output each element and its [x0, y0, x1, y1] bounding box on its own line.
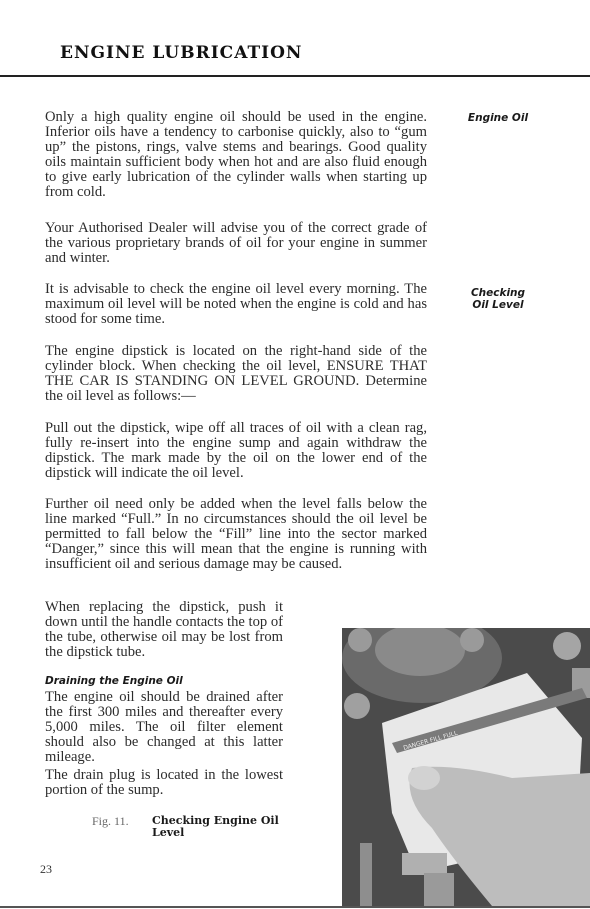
side-heading-line: Checking [443, 287, 553, 299]
dipstick-photo-illustration: DANGER FILL FULL [342, 628, 590, 906]
side-heading-line: Oil Level [443, 299, 553, 311]
paragraph-engine-oil-quality: Only a high quality engine oil should be… [45, 110, 427, 200]
paragraph-draining: The engine oil should be drained after t… [45, 690, 283, 765]
figure-title: Checking Engine Oil Level [152, 815, 292, 839]
side-heading-engine-oil: Engine Oil [443, 112, 553, 124]
paragraph-check-daily: It is advisable to check the engine oil … [45, 282, 427, 327]
draining-heading: Draining the Engine Oil [45, 675, 183, 687]
paragraph-authorised-dealer: Your Authorised Dealer will advise you o… [45, 221, 427, 266]
page-header-title: ENGINE LUBRICATION [60, 43, 302, 63]
page-number: 23 [40, 862, 52, 877]
header-rule [0, 75, 590, 77]
figure-caption: Fig. 11. Checking Engine Oil Level [92, 815, 292, 827]
side-heading-checking-oil-level: Checking Oil Level [443, 287, 553, 311]
paragraph-pull-dipstick: Pull out the dipstick, wipe off all trac… [45, 421, 427, 481]
figure-number: Fig. 11. [92, 815, 150, 827]
paragraph-dipstick-location: The engine dipstick is located on the ri… [45, 344, 427, 404]
paragraph-drain-plug: The drain plug is located in the lowest … [45, 768, 283, 798]
figure-photo-dipstick: DANGER FILL FULL [342, 628, 590, 906]
paragraph-replacing-dipstick: When replacing the dipstick, push it dow… [45, 600, 283, 660]
bottom-rule [0, 906, 590, 908]
paragraph-further-oil: Further oil need only be added when the … [45, 497, 427, 572]
